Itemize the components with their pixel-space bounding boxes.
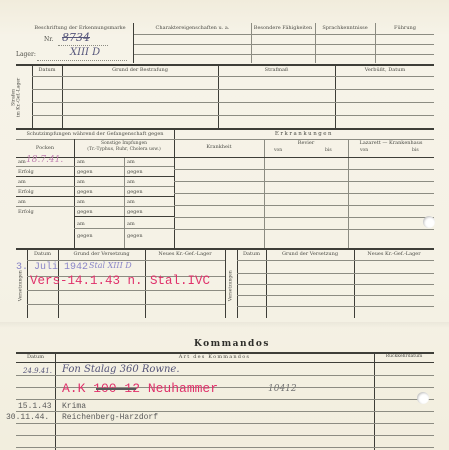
- section-rule: [16, 64, 434, 66]
- vacc-col-pocken: Pocken: [16, 146, 74, 151]
- kommando-entry-stamp: A.K 100-12 Neuhammer: [62, 381, 218, 396]
- header-col-abilities: Besondere Fähigkeiten: [251, 26, 315, 31]
- transfer-rule: [237, 273, 434, 274]
- kommando-rule: [16, 435, 434, 436]
- kommando-entry-extra-2: 10412: [268, 384, 297, 394]
- punish-col-divider: [335, 64, 336, 128]
- vacc-gegen-label: gegen: [77, 234, 93, 239]
- vacc-rule: [16, 206, 174, 207]
- vacc-col-divider: [124, 157, 125, 248]
- illness-rule: [174, 229, 434, 230]
- vacc-am-label: am: [18, 200, 26, 205]
- transfer-col-reason: Grund der Versetzung: [58, 252, 145, 257]
- kommandos-title: Kommandos: [194, 339, 270, 349]
- section-rule: [16, 128, 434, 130]
- illness-rule: [174, 169, 434, 170]
- illness-col-disease: Krankheit: [174, 145, 264, 150]
- transfer-col-new-camp: Neues Kr.-Gef.-Lager: [145, 252, 225, 257]
- vacc-rule: [16, 176, 174, 177]
- illness-rule: [174, 157, 434, 158]
- strike-mark: [96, 388, 136, 390]
- lager-value: XIII D: [70, 47, 100, 58]
- lager-label: Lager:: [16, 52, 36, 58]
- vacc-col-other-2: (Tr.-Typhus, Ruhr, Cholera usw.): [74, 148, 174, 153]
- transfer-col-new-camp-r: Neues Kr.-Gef.-Lager: [354, 252, 434, 257]
- lager-underline: [37, 60, 127, 61]
- kommando-col-return: Rückkehrdatum: [374, 355, 434, 360]
- illness-title: Erkrankungen: [174, 132, 434, 138]
- illness-rule: [174, 181, 434, 182]
- kommando-entry-text-3: Krima: [62, 402, 86, 411]
- kommando-rule: [16, 362, 434, 363]
- kommando-entry-text-1: Fon Stalag 360 Rowne.: [62, 364, 180, 375]
- header-rule: [134, 34, 434, 35]
- punish-rule: [32, 102, 434, 103]
- nr-label: Nr.: [44, 37, 53, 43]
- punish-side-label-2: im Kr.-Gef.-Lager: [17, 78, 22, 117]
- header-col-character: Charaktereigenschaften u. a.: [134, 26, 251, 31]
- illness-revier-from: von: [274, 149, 282, 154]
- nr-underline: [58, 45, 108, 46]
- punish-side-label: Strafen im Kr.-Gef.-Lager: [12, 72, 23, 122]
- header-col-conduct: Führung: [375, 26, 435, 31]
- transfer-col-divider: [354, 248, 355, 318]
- transfer-col-divider: [266, 248, 267, 318]
- transfer-rule: [237, 284, 434, 285]
- punish-rule: [32, 76, 434, 77]
- punish-rule: [32, 89, 434, 90]
- illness-rule: [174, 205, 434, 206]
- transfer-rule: [237, 295, 434, 296]
- kommando-rule: [16, 423, 434, 424]
- vacc-am-label: am: [127, 180, 135, 185]
- illness-rule: [174, 193, 434, 194]
- punish-rule: [32, 115, 434, 116]
- vacc-first-date: 18.7.41.: [26, 155, 63, 165]
- vacc-am-label: am: [127, 160, 135, 165]
- vacc-rule: [74, 228, 174, 229]
- punish-col-reason: Grund der Bestrafung: [62, 68, 218, 73]
- punish-col-date: Datum: [32, 68, 62, 73]
- transfer-rule: [27, 304, 225, 305]
- vacc-erfolg-label: Erfolg: [18, 190, 34, 195]
- vacc-col-other-1: Sonstige Impfungen: [74, 142, 174, 147]
- kommando-rule: [16, 447, 434, 448]
- punish-col-penalty: Strafmaß: [218, 68, 335, 73]
- punch-hole: [417, 392, 429, 404]
- kommando-entry-date-3: 15.1.43: [18, 402, 52, 411]
- vacc-am-label: am: [18, 180, 26, 185]
- kommando-entry-text-4: Reichenberg-Harzdorf: [62, 413, 158, 422]
- vacc-am-label: am: [77, 200, 85, 205]
- kommando-entry-date-4: 30.11.44.: [6, 413, 49, 422]
- header-rule: [134, 44, 434, 45]
- transfer-rule: [237, 306, 434, 307]
- vacc-gegen-label: gegen: [127, 234, 143, 239]
- kommando-rule: [16, 411, 434, 412]
- transfer-handwritten: Stal XIII D: [89, 261, 132, 270]
- illness-hospital-from: von: [360, 149, 368, 154]
- kommando-rule: [16, 375, 434, 376]
- illness-col-revier: Revier: [264, 141, 348, 146]
- punish-col-divider: [62, 64, 63, 128]
- document-card: Beschriftung der Erkennungsmarke Nr. 873…: [0, 0, 449, 450]
- transfer-side-label-right: Versetzungen: [228, 266, 233, 306]
- header-col-languages: Sprachkenntnisse: [315, 26, 375, 31]
- vacc-am-label: am: [77, 160, 85, 165]
- vacc-am-label: am: [18, 160, 26, 165]
- transfer-col-date: Datum: [27, 252, 58, 257]
- vacc-col-divider: [74, 139, 75, 248]
- illness-hospital-to: bis: [412, 149, 419, 154]
- vacc-am-label: am: [77, 180, 85, 185]
- vacc-am-label: am: [127, 200, 135, 205]
- kommando-entry-text-2: A.K 100-12 Neuhammer: [62, 381, 218, 396]
- paper-fold: [0, 322, 449, 328]
- vacc-gegen-label: gegen: [77, 170, 93, 175]
- transfer-col-reason-r: Grund der Versetzung: [266, 252, 354, 257]
- vacc-gegen-label: gegen: [77, 190, 93, 195]
- transfer-side-divider: [27, 248, 28, 318]
- vacc-gegen-label: gegen: [127, 190, 143, 195]
- vacc-erfolg-label: Erfolg: [18, 210, 34, 215]
- illness-col-hospital: Lazarett — Krankenhaus: [348, 141, 434, 146]
- vacc-rule: [74, 216, 174, 217]
- vacc-gegen-label: gegen: [127, 210, 143, 215]
- transfer-rule: [27, 290, 225, 291]
- punish-side-divider: [32, 64, 33, 128]
- punish-col-served: Verbüßt, Datum: [335, 68, 435, 73]
- kommando-col-type: Art des Kommandos: [55, 355, 374, 360]
- vacc-rule: [16, 196, 174, 197]
- vacc-erfolg-label: Erfolg: [18, 170, 34, 175]
- punish-col-divider: [218, 64, 219, 128]
- vacc-rule: [16, 139, 174, 140]
- transfer-col-divider: [225, 248, 226, 318]
- transfer-red-stamp: Vers-14.1.43 n. Stal.IVC: [30, 274, 210, 288]
- punch-hole: [423, 216, 435, 228]
- kommando-entry-date-1: 24.9.41.: [23, 367, 52, 375]
- vacc-rule: [16, 186, 174, 187]
- vacc-gegen-label: gegen: [77, 210, 93, 215]
- nr-value: 8734: [62, 31, 90, 44]
- vacc-am-label: am: [77, 222, 85, 227]
- header-rule: [134, 54, 434, 55]
- illness-revier-to: bis: [325, 149, 332, 154]
- kommando-col-date: Datum: [16, 355, 55, 360]
- vacc-title: Schutzimpfungen während der Gefangenscha…: [16, 132, 174, 137]
- transfer-date-stamp: 3. Juli 1942: [16, 262, 88, 273]
- vacc-rule: [16, 166, 174, 167]
- vacc-am-label: am: [127, 222, 135, 227]
- transfer-side-divider: [237, 248, 238, 318]
- illness-rule: [174, 217, 434, 218]
- kommando-rule: [16, 399, 434, 400]
- transfer-col-date-r: Datum: [237, 252, 266, 257]
- vacc-gegen-label: gegen: [127, 170, 143, 175]
- transfer-rule: [237, 260, 434, 261]
